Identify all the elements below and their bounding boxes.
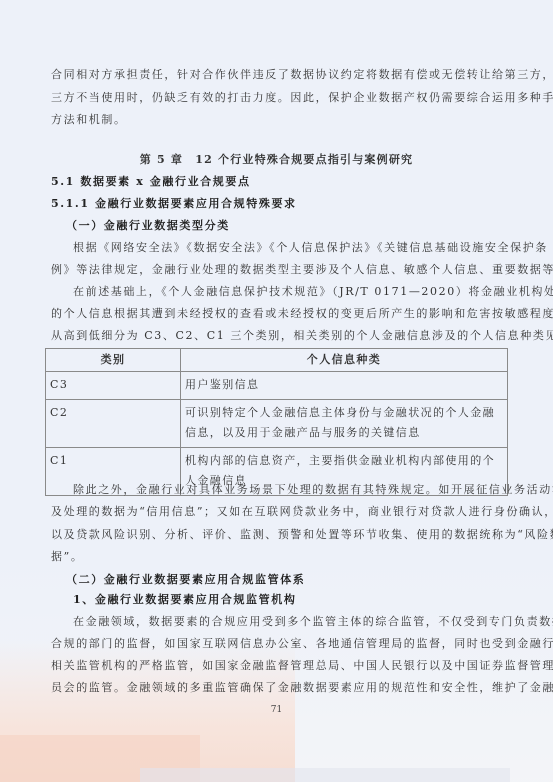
paragraph-line: 在前述基础上，《个人金融信息保护技术规范》（JR/T 0171—2020）将金融… <box>73 285 511 299</box>
subsection-heading-2-1: 1、金融行业数据要素应用合规监管机构 <box>73 593 511 607</box>
paragraph-line: 从高到低细分为 C3、C2、C1 三个类别，相关类别的个人金融信息涉及的个人信息… <box>51 329 511 343</box>
table-cell-category: C2 <box>46 400 181 448</box>
paragraph-line: 相关监管机构的严格监管，如国家金融监督管理总局、中国人民银行以及中国证券监督管理… <box>51 659 511 673</box>
paragraph-line: 除此之外，金融行业对具体业务场景下处理的数据有其特殊规定。如开展征信业务活动涉 <box>73 483 511 497</box>
paragraph-line: 员会的监管。金融领域的多重监管确保了金融数据要素应用的规范性和安全性，维护了金融… <box>51 681 511 695</box>
chapter-title: 第 5 章 12 个行业特殊合规要点指引与案例研究 <box>0 153 553 167</box>
paragraph-line: 及处理的数据为“信用信息”；又如在互联网贷款业务中，商业银行对贷款人进行身份确认… <box>51 505 511 519</box>
table-header-row: 类别 个人信息种类 <box>46 349 508 372</box>
paragraph-line: 据”。 <box>51 550 511 564</box>
paragraph-line: 在金融领域，数据要素的合规应用受到多个监管主体的综合监管，不仅受到专门负责数据 <box>73 615 511 629</box>
document-page: 合同相对方承担责任，针对合作伙伴违反了数据协议约定将数据有偿或无偿转让给第三方，… <box>0 0 553 782</box>
section-heading-5-1: 5.1 数据要素 x 金融行业合规要点 <box>51 175 511 189</box>
table-header-category: 类别 <box>46 349 181 372</box>
paragraph-line: 合规的部门的监督，如国家互联网信息办公室、各地通信管理局的监督，同时也受到金融行… <box>51 637 511 651</box>
paragraph-line: 根据《网络安全法》《数据安全法》《个人信息保护法》《关键信息基础设施安全保护条 <box>73 241 511 255</box>
section-heading-5-1-1: 5.1.1 金融行业数据要素应用合规特殊要求 <box>51 197 511 211</box>
paragraph-line: 三方不当使用时，仍缺乏有效的打击力度。因此，保护企业数据产权仍需要综合运用多种手… <box>51 91 511 105</box>
paragraph-line: 合同相对方承担责任，针对合作伙伴违反了数据协议约定将数据有偿或无偿转让给第三方，… <box>51 68 511 82</box>
table-cell-types: 可识别特定个人金融信息主体身份与金融状况的个人金融信息，以及用于金融产品与服务的… <box>181 400 508 448</box>
table-cell-types: 用户鉴别信息 <box>181 372 508 400</box>
table-row: C3 用户鉴别信息 <box>46 372 508 400</box>
subsection-heading-1: （一）金融行业数据类型分类 <box>66 219 526 233</box>
paragraph-line: 方法和机制。 <box>51 113 511 127</box>
paragraph-line: 例》等法律规定，金融行业处理的数据类型主要涉及个人信息、敏感个人信息、重要数据等… <box>51 263 511 277</box>
page-number: 71 <box>0 705 553 715</box>
personal-info-category-table: 类别 个人信息种类 C3 用户鉴别信息 C2 可识别特定个人金融信息主体身份与金… <box>45 348 508 496</box>
paragraph-line: 的个人信息根据其遭到未经授权的查看或未经授权的变更后所产生的影响和危害按敏感程度 <box>51 307 511 321</box>
paragraph-line: 以及贷款风险识别、分析、评价、监测、预警和处置等环节收集、使用的数据统称为“风险… <box>51 528 511 542</box>
subsection-heading-2: （二）金融行业数据要素应用合规监管体系 <box>66 573 526 587</box>
table-row: C2 可识别特定个人金融信息主体身份与金融状况的个人金融信息，以及用于金融产品与… <box>46 400 508 448</box>
table-header-types: 个人信息种类 <box>181 349 508 372</box>
table-cell-category: C3 <box>46 372 181 400</box>
